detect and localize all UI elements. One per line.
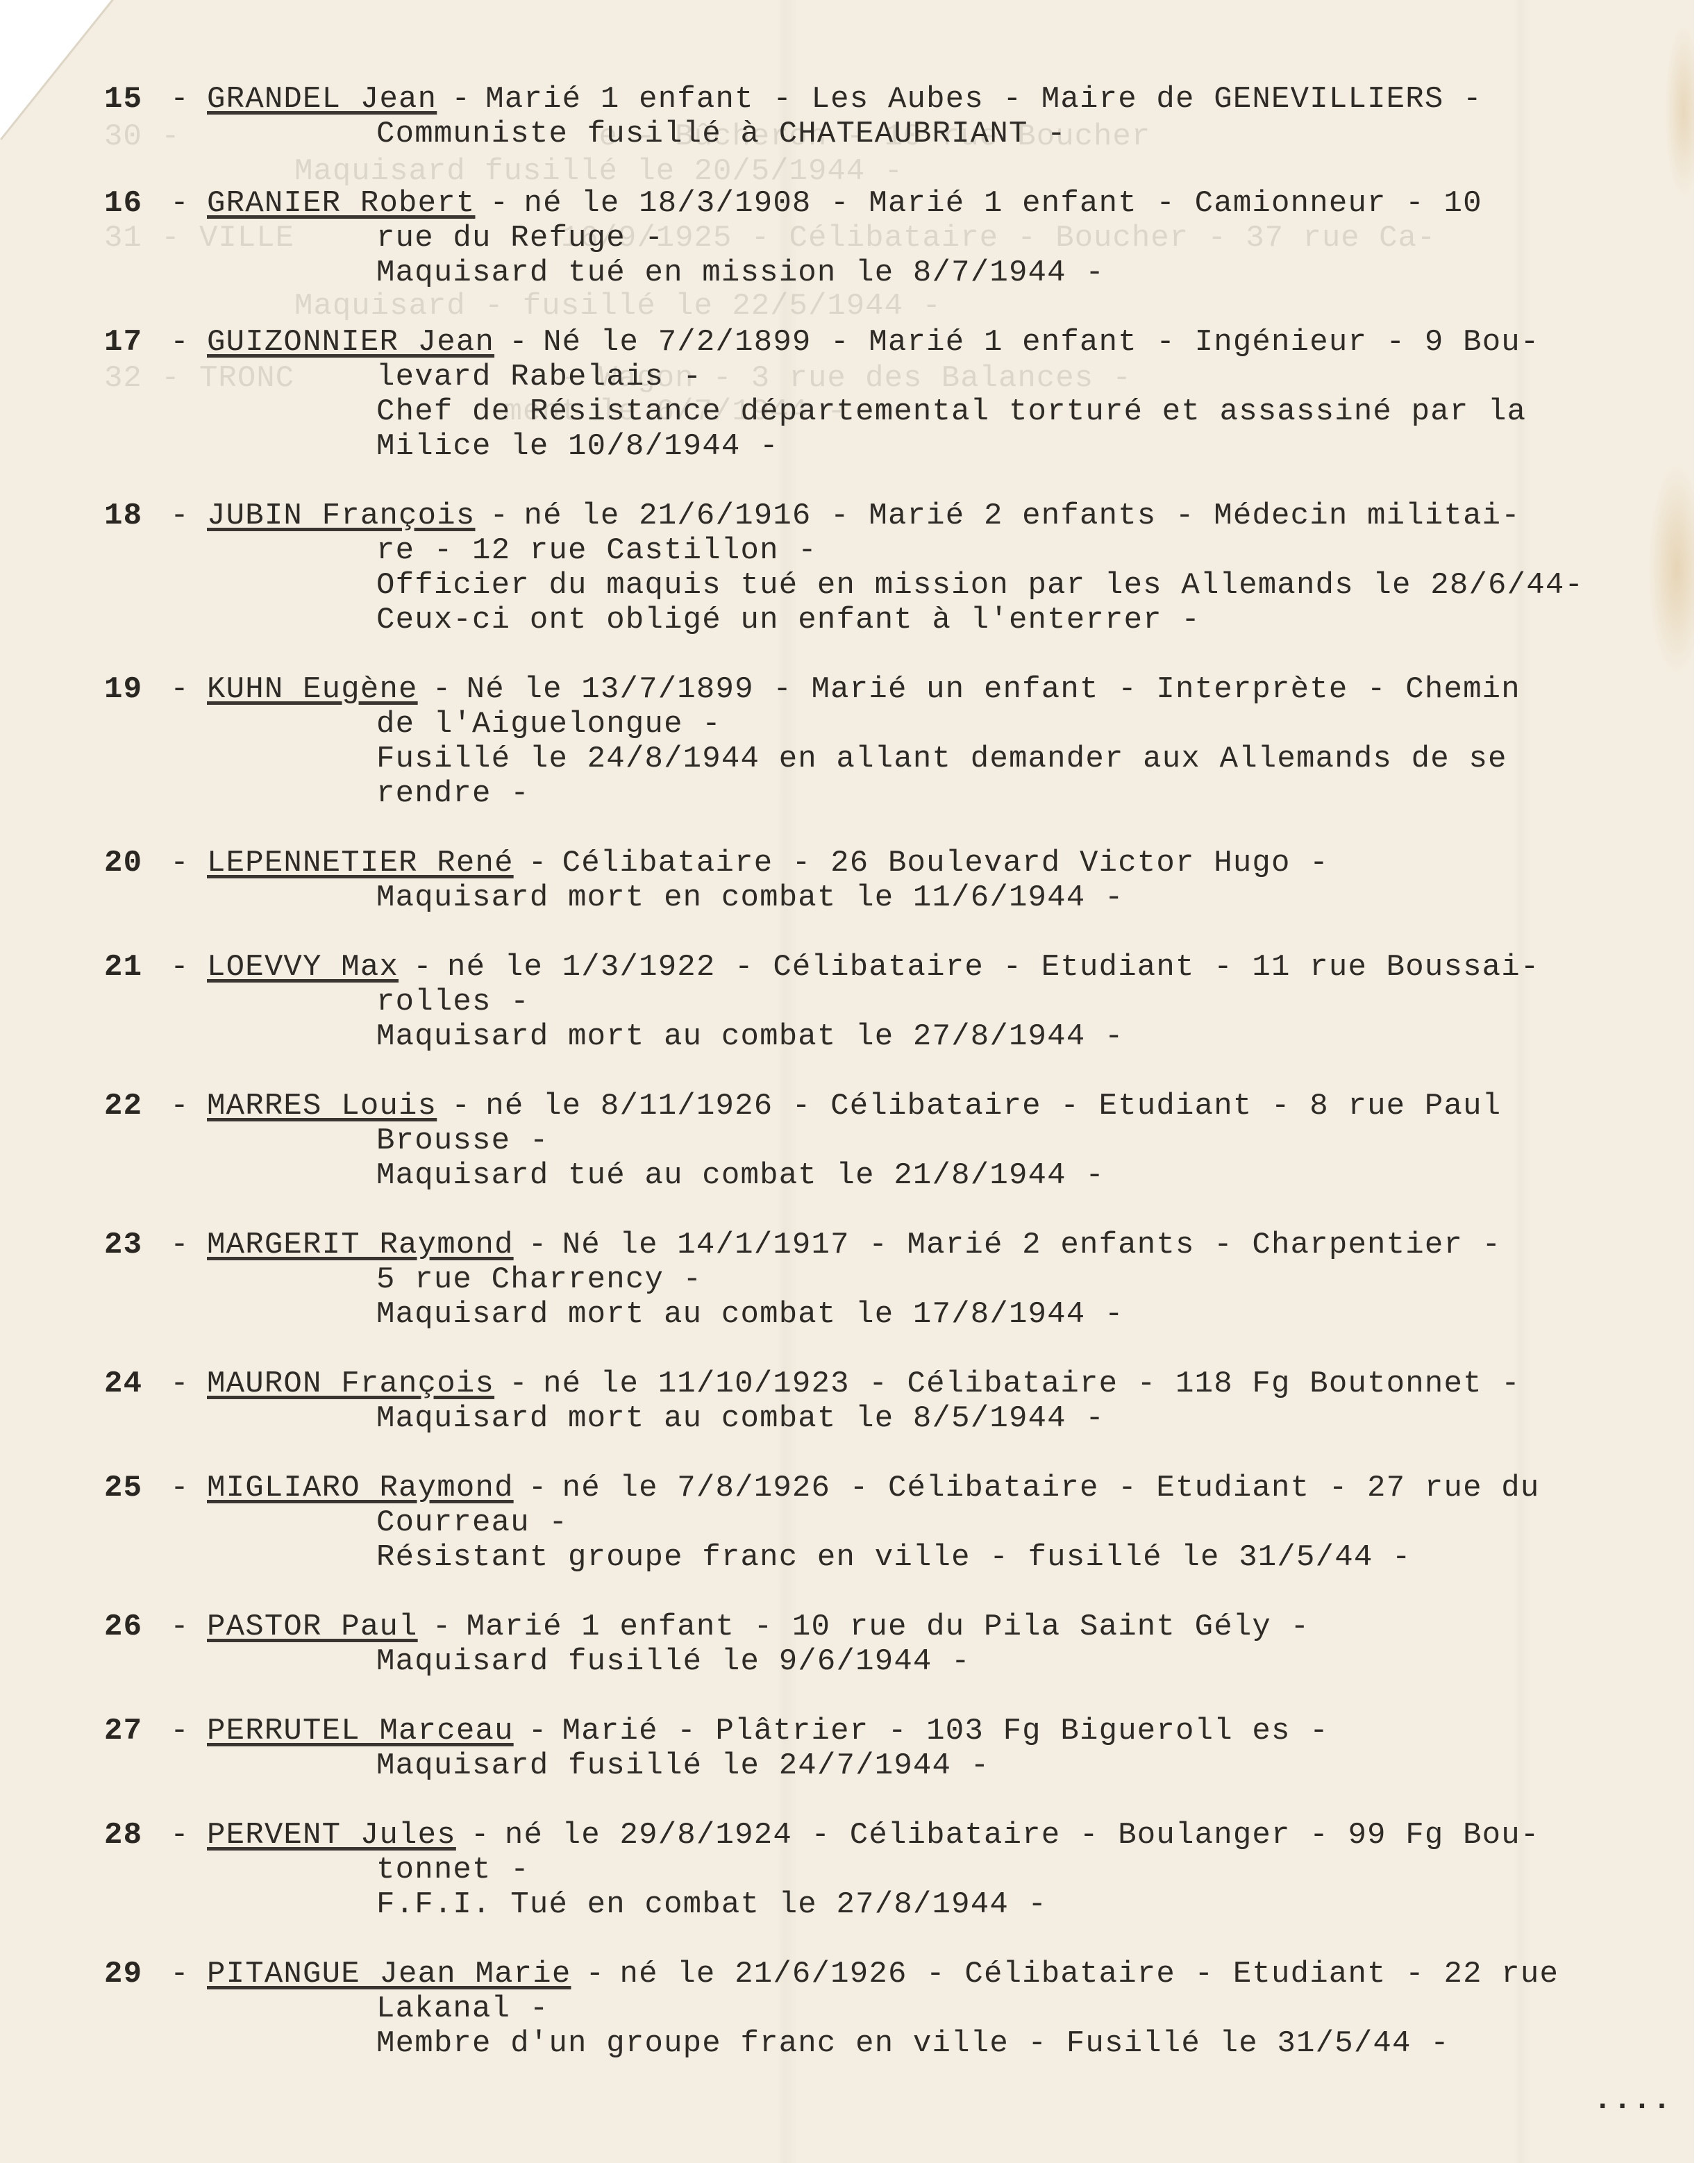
separator: - bbox=[494, 1367, 543, 1401]
person-name: MARRES Louis bbox=[207, 1089, 437, 1124]
person-name: MIGLIARO Raymond bbox=[207, 1471, 514, 1505]
separator: - bbox=[514, 1471, 562, 1505]
entry-details: Né le 14/1/1917 - Marié 2 enfants - Char… bbox=[562, 1228, 1502, 1262]
entry-continuation-line: Milice le 10/8/1944 - bbox=[104, 429, 1687, 464]
entry-continuation-line: tonnet - bbox=[104, 1853, 1687, 1887]
separator: - bbox=[153, 82, 207, 117]
entry-details: Marié - Plâtrier - 103 Fg Bigueroll es - bbox=[562, 1714, 1329, 1748]
entry-number: 22 bbox=[104, 1089, 153, 1124]
entry-continuation-line: Maquisard tué en mission le 8/7/1944 - bbox=[104, 256, 1687, 290]
person-name: PASTOR Paul bbox=[207, 1610, 418, 1644]
list-item: 25-MIGLIARO Raymond-né le 7/8/1926 - Cél… bbox=[104, 1471, 1687, 1575]
entry-details: né le 18/3/1908 - Marié 1 enfant - Camio… bbox=[524, 186, 1482, 221]
person-name: LEPENNETIER René bbox=[207, 846, 514, 880]
list-item: 19-KUHN Eugène-Né le 13/7/1899 - Marié u… bbox=[104, 672, 1687, 811]
entry-continuation-line: rolles - bbox=[104, 985, 1687, 1019]
entry-number: 29 bbox=[104, 1957, 153, 1991]
entry-continuation-line: rue du Refuge - bbox=[104, 221, 1687, 256]
entry-continuation-line: Membre d'un groupe franc en ville - Fusi… bbox=[104, 2026, 1687, 2061]
entry-first-line: 20-LEPENNETIER René-Célibataire - 26 Bou… bbox=[104, 846, 1687, 880]
separator: - bbox=[514, 1714, 562, 1748]
separator: - bbox=[153, 1228, 207, 1262]
separator: - bbox=[571, 1957, 619, 1991]
person-name: PITANGUE Jean Marie bbox=[207, 1957, 571, 1991]
document-page: 30 - e - Bûcheron - 10 rue Boucher Maqui… bbox=[0, 0, 1694, 2163]
separator: - bbox=[153, 1957, 207, 1991]
list-item: 26-PASTOR Paul-Marié 1 enfant - 10 rue d… bbox=[104, 1610, 1687, 1679]
separator: - bbox=[514, 846, 562, 880]
separator: - bbox=[153, 325, 207, 360]
entry-continuation-line: Maquisard mort en combat le 11/6/1944 - bbox=[104, 880, 1687, 915]
entry-number: 18 bbox=[104, 499, 153, 533]
entry-first-line: 17-GUIZONNIER Jean-Né le 7/2/1899 - Mari… bbox=[104, 325, 1687, 360]
entry-details: Né le 7/2/1899 - Marié 1 enfant - Ingéni… bbox=[543, 325, 1539, 360]
person-name: GUIZONNIER Jean bbox=[207, 325, 494, 360]
separator: - bbox=[514, 1228, 562, 1262]
entry-first-line: 28-PERVENT Jules-né le 29/8/1924 - Célib… bbox=[104, 1818, 1687, 1853]
entry-first-line: 16-GRANIER Robert-né le 18/3/1908 - Mari… bbox=[104, 186, 1687, 221]
person-name: MAURON François bbox=[207, 1367, 494, 1401]
separator: - bbox=[153, 846, 207, 880]
entry-continuation-line: Maquisard mort au combat le 27/8/1944 - bbox=[104, 1019, 1687, 1054]
entry-details: né le 11/10/1923 - Célibataire - 118 Fg … bbox=[543, 1367, 1521, 1401]
entry-details: Célibataire - 26 Boulevard Victor Hugo - bbox=[562, 846, 1329, 880]
separator: - bbox=[475, 499, 524, 533]
entry-continuation-line: Maquisard tué au combat le 21/8/1944 - bbox=[104, 1158, 1687, 1193]
entry-first-line: 29-PITANGUE Jean Marie-né le 21/6/1926 -… bbox=[104, 1957, 1687, 1991]
entry-first-line: 15-GRANDEL Jean-Marié 1 enfant - Les Aub… bbox=[104, 82, 1687, 117]
continuation-marker: .... bbox=[1593, 2083, 1673, 2118]
entry-number: 28 bbox=[104, 1818, 153, 1853]
list-item: 17-GUIZONNIER Jean-Né le 7/2/1899 - Mari… bbox=[104, 325, 1687, 464]
list-item: 21-LOEVVY Max-né le 1/3/1922 - Célibatai… bbox=[104, 950, 1687, 1054]
separator: - bbox=[153, 1471, 207, 1505]
entry-continuation-line: 5 rue Charrency - bbox=[104, 1262, 1687, 1297]
entry-number: 24 bbox=[104, 1367, 153, 1401]
entry-first-line: 18-JUBIN François-né le 21/6/1916 - Mari… bbox=[104, 499, 1687, 533]
separator: - bbox=[153, 1714, 207, 1748]
list-item: 24-MAURON François-né le 11/10/1923 - Cé… bbox=[104, 1367, 1687, 1436]
entry-continuation-line: Maquisard fusillé le 9/6/1944 - bbox=[104, 1644, 1687, 1679]
list-item: 23-MARGERIT Raymond-Né le 14/1/1917 - Ma… bbox=[104, 1228, 1687, 1332]
folded-corner bbox=[0, 0, 115, 140]
entry-continuation-line: Communiste fusillé à CHATEAUBRIANT - bbox=[104, 117, 1687, 151]
entry-first-line: 22-MARRES Louis-né le 8/11/1926 - Céliba… bbox=[104, 1089, 1687, 1124]
entry-first-line: 27-PERRUTEL Marceau-Marié - Plâtrier - 1… bbox=[104, 1714, 1687, 1748]
entry-details: né le 21/6/1926 - Célibataire - Etudiant… bbox=[619, 1957, 1559, 1991]
entry-continuation-line: rendre - bbox=[104, 776, 1687, 811]
list-item: 15-GRANDEL Jean-Marié 1 enfant - Les Aub… bbox=[104, 82, 1687, 151]
separator: - bbox=[153, 186, 207, 221]
entry-continuation-line: Maquisard mort au combat le 17/8/1944 - bbox=[104, 1297, 1687, 1332]
entry-continuation-line: Lakanal - bbox=[104, 1991, 1687, 2026]
list-item: 22-MARRES Louis-né le 8/11/1926 - Céliba… bbox=[104, 1089, 1687, 1193]
entry-continuation-line: Résistant groupe franc en ville - fusill… bbox=[104, 1540, 1687, 1575]
entry-first-line: 24-MAURON François-né le 11/10/1923 - Cé… bbox=[104, 1367, 1687, 1401]
entry-continuation-line: Courreau - bbox=[104, 1505, 1687, 1540]
separator: - bbox=[153, 499, 207, 533]
entry-details: Né le 13/7/1899 - Marié un enfant - Inte… bbox=[467, 672, 1521, 707]
list-item: 20-LEPENNETIER René-Célibataire - 26 Bou… bbox=[104, 846, 1687, 915]
person-name: GRANIER Robert bbox=[207, 186, 475, 221]
separator: - bbox=[494, 325, 543, 360]
entry-number: 21 bbox=[104, 950, 153, 985]
entry-continuation-line: Chef de Résistance départemental torturé… bbox=[104, 394, 1687, 429]
person-name: PERRUTEL Marceau bbox=[207, 1714, 514, 1748]
person-name: KUHN Eugène bbox=[207, 672, 418, 707]
separator: - bbox=[153, 672, 207, 707]
separator: - bbox=[153, 1367, 207, 1401]
entry-details: né le 8/11/1926 - Célibataire - Etudiant… bbox=[485, 1089, 1501, 1124]
entry-first-line: 21-LOEVVY Max-né le 1/3/1922 - Célibatai… bbox=[104, 950, 1687, 985]
entry-details: Marié 1 enfant - Les Aubes - Maire de GE… bbox=[485, 82, 1482, 117]
entry-continuation-line: de l'Aiguelongue - bbox=[104, 707, 1687, 742]
entry-continuation-line: Officier du maquis tué en mission par le… bbox=[104, 568, 1687, 603]
bleed-through-line: Maquisard fusillé le 20/5/1944 - bbox=[104, 154, 903, 189]
separator: - bbox=[437, 1089, 485, 1124]
entry-number: 20 bbox=[104, 846, 153, 880]
entry-details: né le 29/8/1924 - Célibataire - Boulange… bbox=[505, 1818, 1540, 1853]
entry-number: 25 bbox=[104, 1471, 153, 1505]
separator: - bbox=[153, 1610, 207, 1644]
bleed-through-line: Maquisard - fusillé le 22/5/1944 - bbox=[104, 289, 941, 324]
person-name: MARGERIT Raymond bbox=[207, 1228, 514, 1262]
entry-details: Marié 1 enfant - 10 rue du Pila Saint Gé… bbox=[467, 1610, 1310, 1644]
entry-details: né le 21/6/1916 - Marié 2 enfants - Méde… bbox=[524, 499, 1520, 533]
entry-continuation-line: Maquisard fusillé le 24/7/1944 - bbox=[104, 1748, 1687, 1783]
entry-continuation-line: Ceux-ci ont obligé un enfant à l'enterre… bbox=[104, 603, 1687, 637]
entry-number: 17 bbox=[104, 325, 153, 360]
list-item: 27-PERRUTEL Marceau-Marié - Plâtrier - 1… bbox=[104, 1714, 1687, 1783]
person-name: PERVENT Jules bbox=[207, 1818, 456, 1853]
entry-number: 23 bbox=[104, 1228, 153, 1262]
entry-first-line: 25-MIGLIARO Raymond-né le 7/8/1926 - Cél… bbox=[104, 1471, 1687, 1505]
person-name: JUBIN François bbox=[207, 499, 475, 533]
entry-continuation-line: Fusillé le 24/8/1944 en allant demander … bbox=[104, 742, 1687, 776]
entry-number: 16 bbox=[104, 186, 153, 221]
separator: - bbox=[399, 950, 447, 985]
person-name: LOEVVY Max bbox=[207, 950, 399, 985]
entry-continuation-line: F.F.I. Tué en combat le 27/8/1944 - bbox=[104, 1887, 1687, 1922]
entry-details: né le 1/3/1922 - Célibataire - Etudiant … bbox=[447, 950, 1539, 985]
list-item: 29-PITANGUE Jean Marie-né le 21/6/1926 -… bbox=[104, 1957, 1687, 2061]
entry-number: 19 bbox=[104, 672, 153, 707]
list-item: 18-JUBIN François-né le 21/6/1916 - Mari… bbox=[104, 499, 1687, 637]
entry-first-line: 26-PASTOR Paul-Marié 1 enfant - 10 rue d… bbox=[104, 1610, 1687, 1644]
separator: - bbox=[456, 1818, 505, 1853]
separator: - bbox=[153, 1089, 207, 1124]
entry-number: 15 bbox=[104, 82, 153, 117]
entry-first-line: 23-MARGERIT Raymond-Né le 14/1/1917 - Ma… bbox=[104, 1228, 1687, 1262]
person-name: GRANDEL Jean bbox=[207, 82, 437, 117]
separator: - bbox=[153, 1818, 207, 1853]
entry-continuation-line: re - 12 rue Castillon - bbox=[104, 533, 1687, 568]
entry-details: né le 7/8/1926 - Célibataire - Etudiant … bbox=[562, 1471, 1540, 1505]
separator: - bbox=[418, 1610, 467, 1644]
entry-number: 26 bbox=[104, 1610, 153, 1644]
separator: - bbox=[437, 82, 485, 117]
separator: - bbox=[418, 672, 467, 707]
entry-continuation-line: levard Rabelais - bbox=[104, 360, 1687, 394]
list-item: 16-GRANIER Robert-né le 18/3/1908 - Mari… bbox=[104, 186, 1687, 290]
separator: - bbox=[475, 186, 524, 221]
entry-continuation-line: Maquisard mort au combat le 8/5/1944 - bbox=[104, 1401, 1687, 1436]
entry-continuation-line: Brousse - bbox=[104, 1124, 1687, 1158]
list-item: 28-PERVENT Jules-né le 29/8/1924 - Célib… bbox=[104, 1818, 1687, 1922]
separator: - bbox=[153, 950, 207, 985]
entry-number: 27 bbox=[104, 1714, 153, 1748]
entry-first-line: 19-KUHN Eugène-Né le 13/7/1899 - Marié u… bbox=[104, 672, 1687, 707]
